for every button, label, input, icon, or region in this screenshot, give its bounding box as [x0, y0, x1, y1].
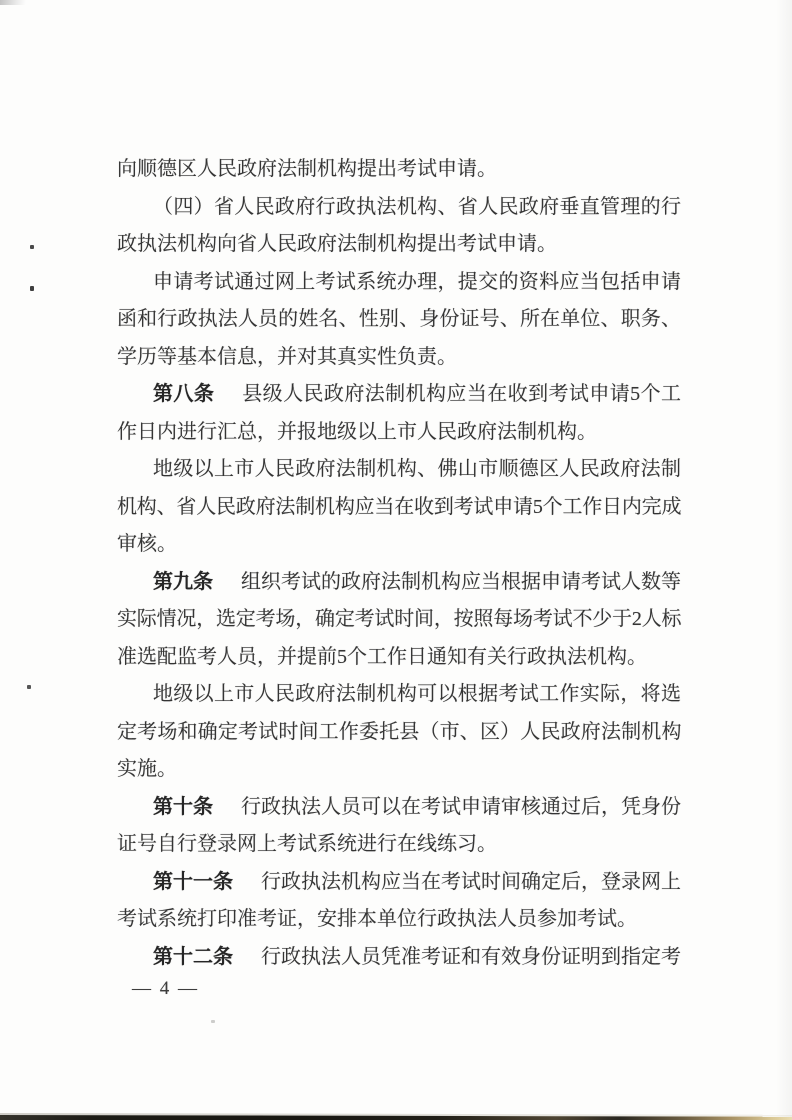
text-line: 第八条县级人民政府法制机构应当在收到考试申请5个工 — [117, 376, 681, 414]
scan-artifact-corner-mark — [0, 0, 30, 5]
article-number: 第八条 — [153, 383, 214, 405]
article-number: 第十条 — [153, 796, 213, 818]
text-line: 证号自行登录网上考试系统进行在线练习。 — [117, 826, 681, 864]
text-line: 定考场和确定考试时间工作委托县（市、区）人民政府法制机构 — [117, 714, 681, 752]
text-line: 第十二条行政执法人员凭准考证和有效身份证明到指定考 — [117, 939, 681, 977]
text-line: 考试系统打印准考证，安排本单位行政执法人员参加考试。 — [117, 901, 681, 939]
scan-artifact-speck — [30, 245, 34, 249]
text-line: 申请考试通过网上考试系统办理，提交的资料应当包括申请 — [117, 264, 681, 302]
scan-artifact-speck — [30, 286, 34, 291]
scan-artifact-right-shade — [776, 0, 792, 1120]
text-line: 向顺德区人民政府法制机构提出考试申请。 — [117, 151, 681, 189]
scan-artifact-speck — [27, 685, 31, 689]
article-number: 第十一条 — [153, 871, 233, 893]
text-line: 地级以上市人民政府法制机构可以根据考试工作实际，将选 — [117, 676, 681, 714]
document-body: 向顺德区人民政府法制机构提出考试申请。（四）省人民政府行政执法机构、省人民政府垂… — [117, 151, 681, 976]
text-line: 函和行政执法人员的姓名、性别、身份证号、所在单位、职务、 — [117, 301, 681, 339]
page-number: — 4 — — [132, 978, 199, 1000]
scan-artifact-bottom-edge — [0, 1115, 792, 1120]
text-line: 第九条组织考试的政府法制机构应当根据申请考试人数等 — [117, 564, 681, 602]
text-line: 第十一条行政执法机构应当在考试时间确定后，登录网上 — [117, 864, 681, 902]
scan-artifact-speck — [211, 1020, 215, 1023]
article-number: 第十二条 — [153, 946, 233, 968]
text-line: 学历等基本信息，并对其真实性负责。 — [117, 339, 681, 377]
text-line: 第十条行政执法人员可以在考试申请审核通过后，凭身份 — [117, 789, 681, 827]
article-number: 第九条 — [153, 571, 213, 593]
text-line: （四）省人民政府行政执法机构、省人民政府垂直管理的行 — [117, 189, 681, 227]
text-line: 审核。 — [117, 526, 681, 564]
text-line: 实施。 — [117, 751, 681, 789]
text-line: 地级以上市人民政府法制机构、佛山市顺德区人民政府法制 — [117, 451, 681, 489]
text-line: 实际情况，选定考场，确定考试时间，按照每场考试不少于2人标 — [117, 601, 681, 639]
text-line: 政执法机构向省人民政府法制机构提出考试申请。 — [117, 226, 681, 264]
text-line: 准选配监考人员，并提前5个工作日通知有关行政执法机构。 — [117, 639, 681, 677]
text-line: 作日内进行汇总，并报地级以上市人民政府法制机构。 — [117, 414, 681, 452]
scanned-document-page: 向顺德区人民政府法制机构提出考试申请。（四）省人民政府行政执法机构、省人民政府垂… — [0, 0, 792, 1120]
text-line: 机构、省人民政府法制机构应当在收到考试申请5个工作日内完成 — [117, 489, 681, 527]
